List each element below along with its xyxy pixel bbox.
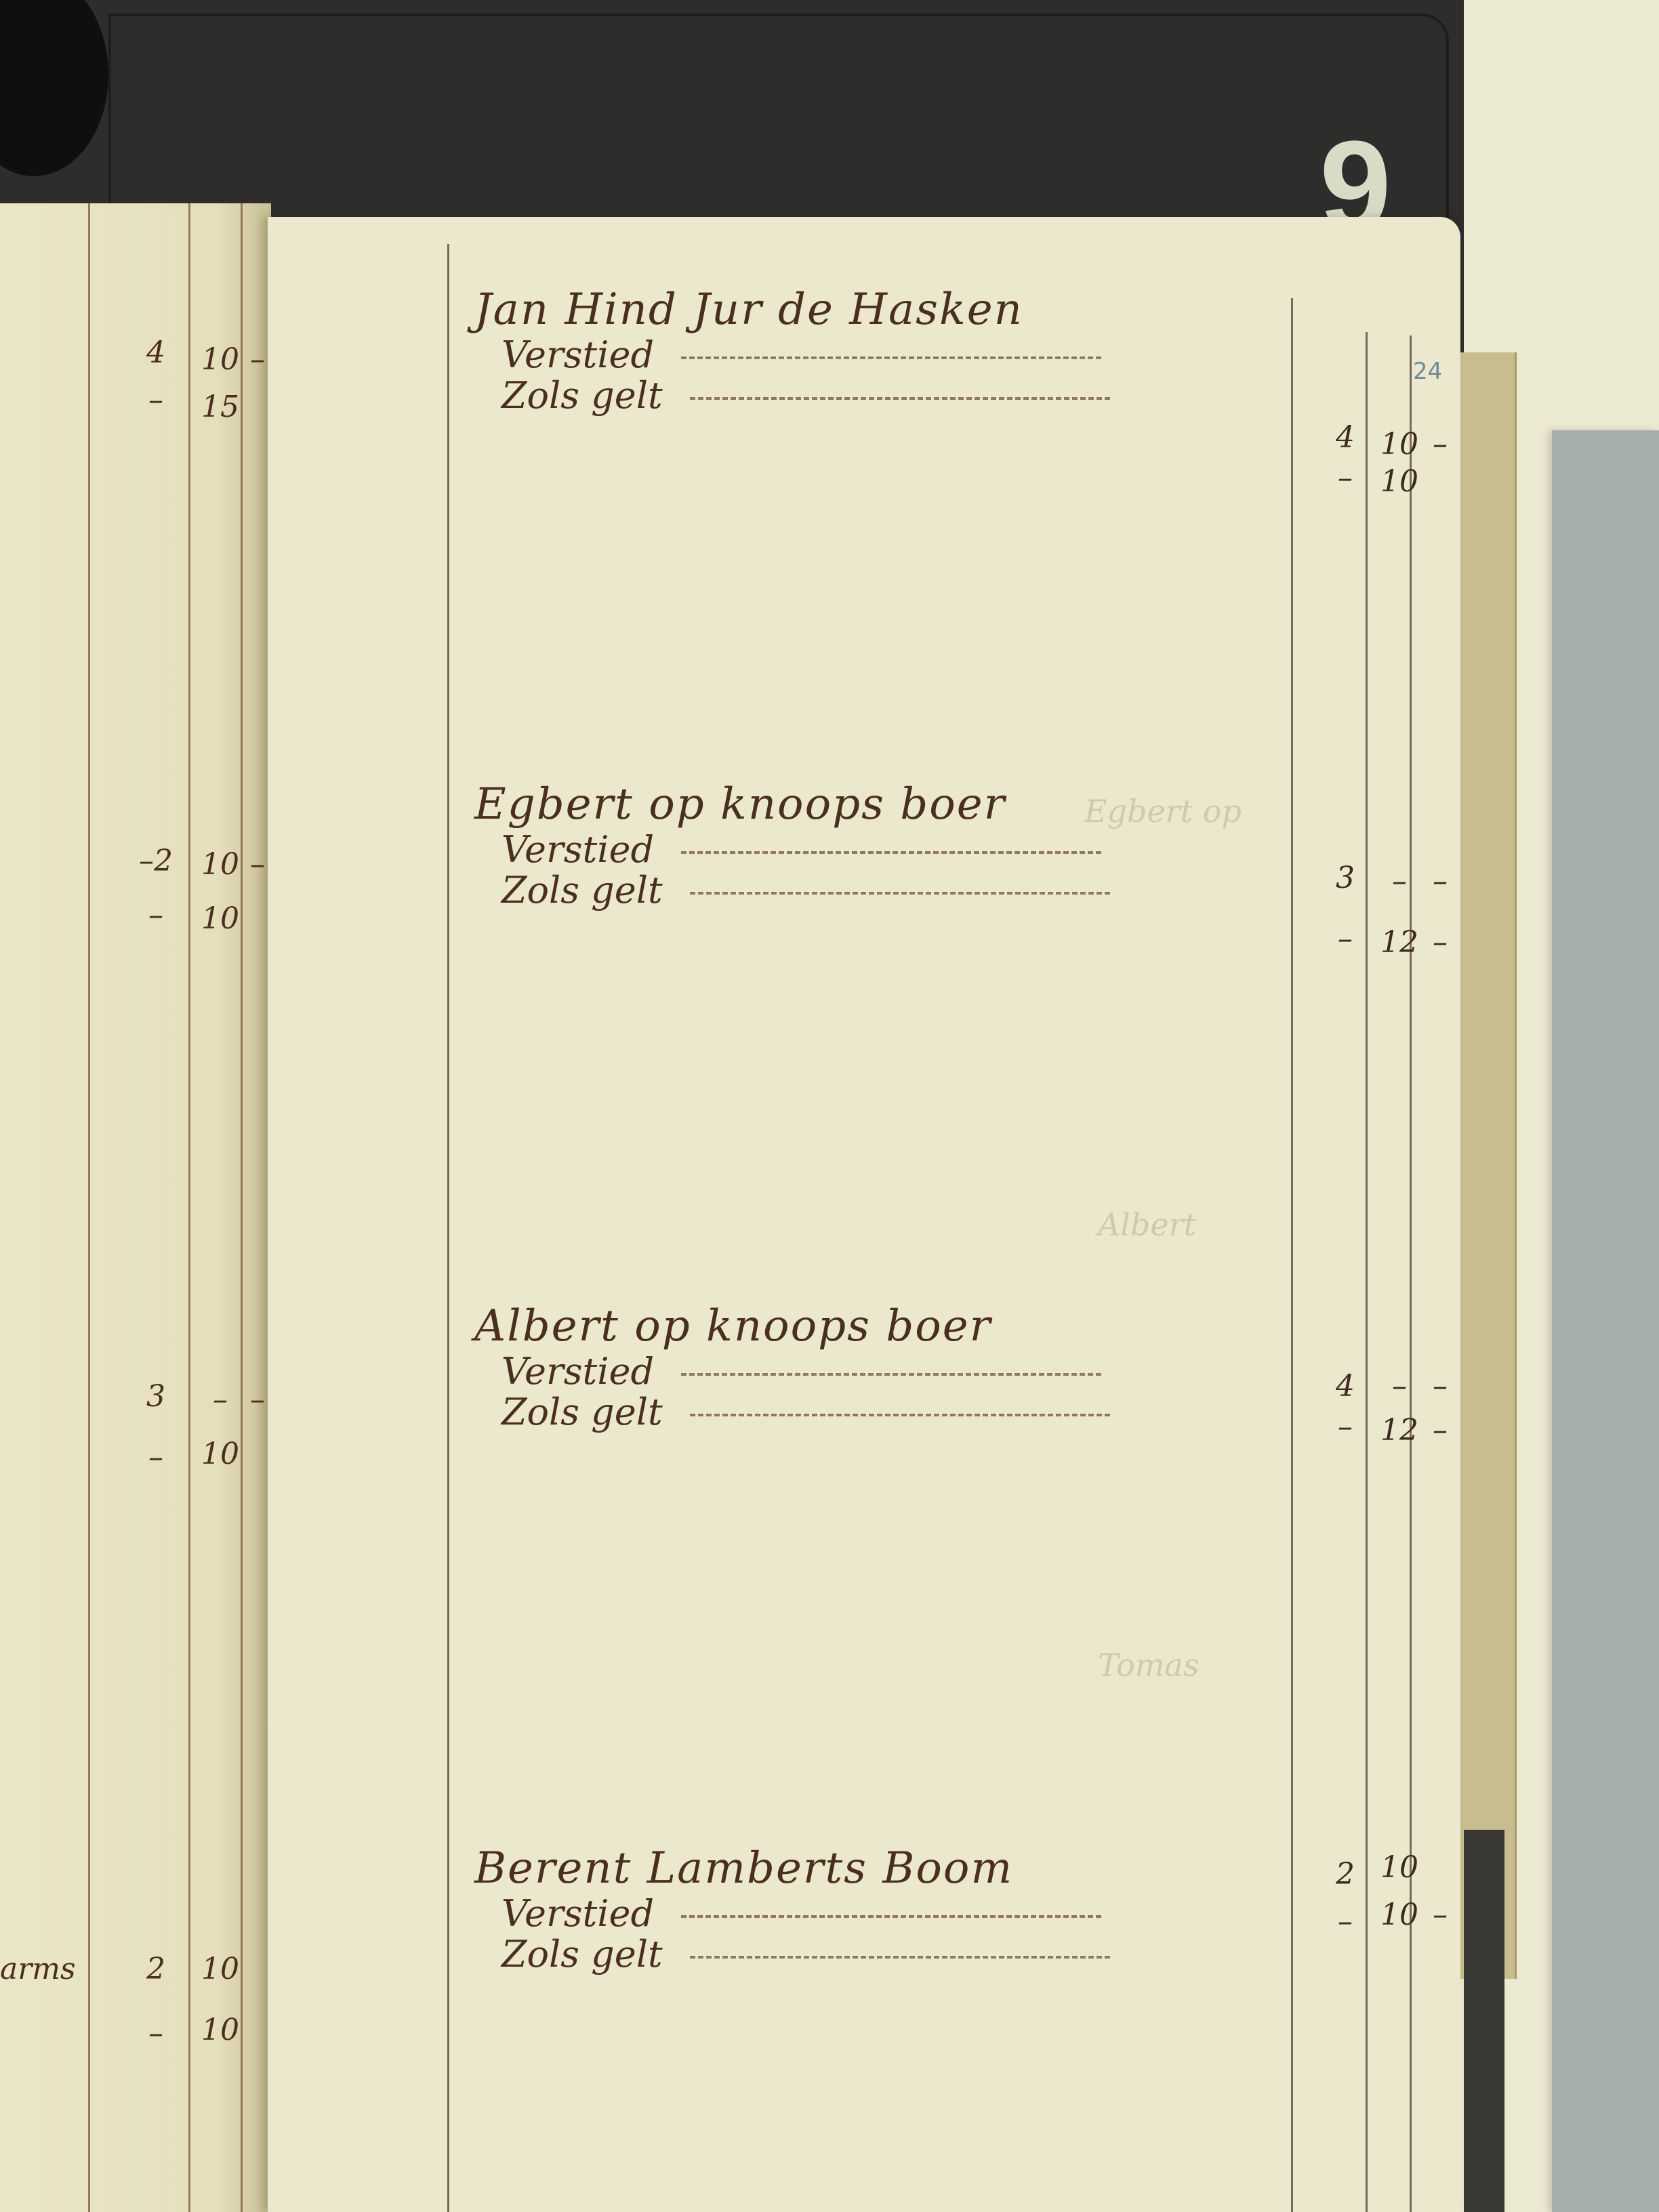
leader-dots bbox=[681, 851, 1101, 854]
entry-name: Albert op knoops boer bbox=[474, 1301, 1274, 1351]
entry-line: Zols gelt bbox=[474, 1392, 1274, 1433]
stuiver-amount: 10 bbox=[197, 2013, 244, 2047]
guilder-amount: – bbox=[136, 898, 176, 933]
stuiver-amount: 10 bbox=[1376, 1898, 1423, 1932]
entry-line-label: Verstied bbox=[501, 1350, 654, 1393]
leader-dots bbox=[690, 1956, 1110, 1959]
penning-amount: – bbox=[1427, 925, 1454, 960]
penning-amount: – bbox=[1427, 1369, 1454, 1404]
guilder-amount: 2 bbox=[1325, 1857, 1366, 1891]
ledger-entry: Egbert op knoops boer Verstied Zols gelt bbox=[474, 779, 1274, 911]
entry-line: Verstied bbox=[474, 1351, 1274, 1392]
ledger-entry: Berent Lamberts Boom Verstied Zols gelt bbox=[474, 1843, 1274, 1975]
guilder-amount: 2 bbox=[136, 1952, 176, 1986]
leader-dots bbox=[690, 397, 1110, 400]
binding-cover bbox=[1464, 1830, 1504, 2212]
margin-ruling-line bbox=[447, 244, 449, 2212]
left-ruling-line bbox=[88, 203, 90, 2212]
entry-line-label: Verstied bbox=[501, 1892, 654, 1935]
guilder-amount: 3 bbox=[136, 1379, 176, 1414]
leader-dots bbox=[690, 1414, 1110, 1416]
left-page bbox=[0, 203, 271, 2212]
book-binding bbox=[1457, 352, 1517, 1979]
stuiver-amount: 10 bbox=[1376, 464, 1423, 499]
entry-line-label: Verstied bbox=[501, 333, 654, 376]
entry-line-label: Zols gelt bbox=[501, 1391, 663, 1433]
guilder-amount: – bbox=[136, 2016, 176, 2051]
entry-line: Zols gelt bbox=[474, 870, 1274, 911]
stuiver-amount: 12 bbox=[1376, 925, 1423, 960]
guilder-amount: – bbox=[136, 1440, 176, 1475]
guilder-amount: 4 bbox=[136, 335, 176, 370]
leader-dots bbox=[681, 1373, 1101, 1376]
left-ruling-line bbox=[188, 203, 190, 2212]
guilder-amount: – bbox=[1325, 922, 1366, 956]
left-row-label: arms bbox=[0, 1952, 76, 1986]
penning-amount: – bbox=[247, 342, 268, 377]
camera-shadow bbox=[0, 0, 108, 176]
guilder-amount: 3 bbox=[1325, 861, 1366, 895]
stuiver-amount: – bbox=[197, 1382, 244, 1417]
guilder-amount: 4 bbox=[1325, 1369, 1366, 1404]
ledger-entry: Albert op knoops boer Verstied Zols gelt bbox=[474, 1301, 1274, 1433]
stuiver-amount: 10 bbox=[1376, 1850, 1423, 1885]
entry-line: Verstied bbox=[474, 829, 1274, 870]
entry-line-label: Verstied bbox=[501, 828, 654, 871]
stuiver-amount: – bbox=[1376, 864, 1423, 899]
stuiver-amount: 10 bbox=[1376, 427, 1423, 462]
penning-amount: – bbox=[1427, 1413, 1454, 1448]
entry-name: Berent Lamberts Boom bbox=[474, 1843, 1274, 1893]
entry-name: Egbert op knoops boer bbox=[474, 779, 1274, 829]
entry-name: Jan Hind Jur de Hasken bbox=[474, 285, 1274, 335]
stuiver-amount: 10 bbox=[197, 847, 244, 882]
stuiver-amount: 10 bbox=[197, 1437, 244, 1471]
guilder-amount: – bbox=[1325, 461, 1366, 495]
stuiver-amount: 15 bbox=[197, 390, 244, 424]
bleed-through-text: Albert bbox=[1098, 1206, 1196, 1243]
entry-line-label: Zols gelt bbox=[501, 869, 663, 912]
penning-amount: – bbox=[1427, 864, 1454, 899]
ledger-entry: Jan Hind Jur de Hasken Verstied Zols gel… bbox=[474, 285, 1274, 416]
stuiver-amount: 10 bbox=[197, 901, 244, 936]
guilder-amount: 4 bbox=[1325, 420, 1366, 455]
entry-line: Zols gelt bbox=[474, 375, 1274, 416]
entry-line-label: Zols gelt bbox=[501, 374, 663, 417]
entry-line: Zols gelt bbox=[474, 1934, 1274, 1975]
leader-dots bbox=[681, 1915, 1101, 1918]
guilder-amount: –2 bbox=[136, 844, 176, 878]
left-ruling-line bbox=[241, 203, 243, 2212]
penning-amount: – bbox=[247, 847, 268, 882]
stuiver-amount: 12 bbox=[1376, 1413, 1423, 1448]
guilder-amount: – bbox=[1325, 1904, 1366, 1939]
folio-number: 24 bbox=[1413, 358, 1442, 385]
entry-line: Verstied bbox=[474, 1893, 1274, 1934]
entry-line-label: Zols gelt bbox=[501, 1933, 663, 1975]
guilder-amount: – bbox=[1325, 1410, 1366, 1444]
penning-amount: – bbox=[1427, 1898, 1454, 1932]
penning-amount: – bbox=[247, 1382, 268, 1417]
stuiver-amount: 10 bbox=[197, 342, 244, 377]
stuiver-amount: 10 bbox=[197, 1952, 244, 1986]
leader-dots bbox=[690, 892, 1110, 895]
stuiver-ruling-line bbox=[1366, 332, 1368, 2212]
bleed-through-text: Tomas bbox=[1098, 1647, 1199, 1683]
entry-line: Verstied bbox=[474, 335, 1274, 375]
penning-amount: – bbox=[1427, 427, 1454, 462]
blue-card bbox=[1552, 430, 1659, 2212]
leader-dots bbox=[681, 356, 1101, 359]
guilder-ruling-line bbox=[1291, 298, 1293, 2212]
stuiver-amount: – bbox=[1376, 1369, 1423, 1404]
guilder-amount: – bbox=[136, 383, 176, 417]
